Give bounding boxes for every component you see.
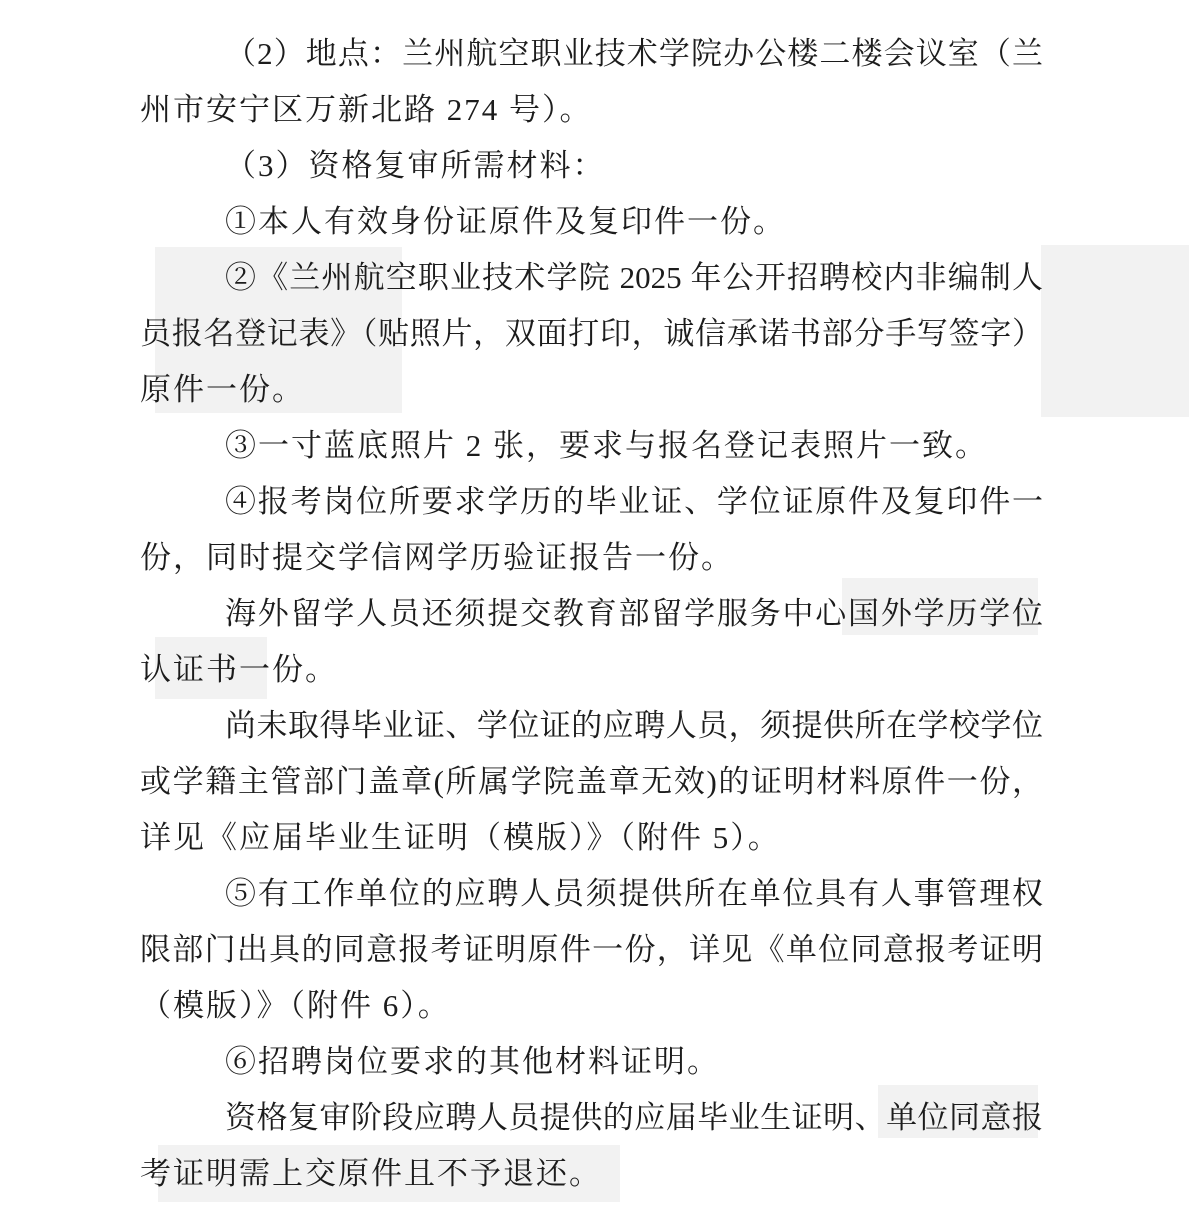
text-line: 尚未取得毕业证、学位证的应聘人员，须提供所在学校学位 (140, 698, 1043, 754)
text-line: ⑤有工作单位的应聘人员须提供所在单位具有人事管理权 (140, 866, 1043, 922)
text-line: 或学籍主管部门盖章(所属学院盖章无效)的证明材料原件一份， (140, 754, 1043, 810)
text-line: 资格复审阶段应聘人员提供的应届毕业生证明、单位同意报 (140, 1090, 1043, 1146)
text-line: （2）地点：兰州航空职业技术学院办公楼二楼会议室（兰 (140, 26, 1043, 82)
text-line: ④报考岗位所要求学历的毕业证、学位证原件及复印件一 (140, 474, 1043, 530)
text-line: 原件一份。 (140, 362, 1043, 418)
text-line: ⑥招聘岗位要求的其他材料证明。 (140, 1034, 1043, 1090)
text-line: 海外留学人员还须提交教育部留学服务中心国外学历学位 (140, 586, 1043, 642)
text-line: ②《兰州航空职业技术学院 2025 年公开招聘校内非编制人 (140, 250, 1043, 306)
text-block: （2）地点：兰州航空职业技术学院办公楼二楼会议室（兰 州市安宁区万新北路 274… (140, 26, 1043, 1202)
text-line: 认证书一份。 (140, 642, 1043, 698)
text-line: （3）资格复审所需材料： (140, 138, 1043, 194)
text-line: 限部门出具的同意报考证明原件一份，详见《单位同意报考证明 (140, 922, 1043, 978)
text-line: （模版）》（附件 6）。 (140, 978, 1043, 1034)
document-page: （2）地点：兰州航空职业技术学院办公楼二楼会议室（兰 州市安宁区万新北路 274… (0, 0, 1189, 1225)
text-line: 详见《应届毕业生证明（模版）》（附件 5）。 (140, 810, 1043, 866)
scan-artifact (1041, 245, 1189, 417)
text-line: 考证明需上交原件且不予退还。 (140, 1146, 1043, 1202)
text-line: ③一寸蓝底照片 2 张，要求与报名登记表照片一致。 (140, 418, 1043, 474)
text-line: 州市安宁区万新北路 274 号）。 (140, 82, 1043, 138)
text-line: 员报名登记表》（贴照片，双面打印，诚信承诺书部分手写签字） (140, 306, 1043, 362)
text-line: ①本人有效身份证原件及复印件一份。 (140, 194, 1043, 250)
text-line: 份，同时提交学信网学历验证报告一份。 (140, 530, 1043, 586)
